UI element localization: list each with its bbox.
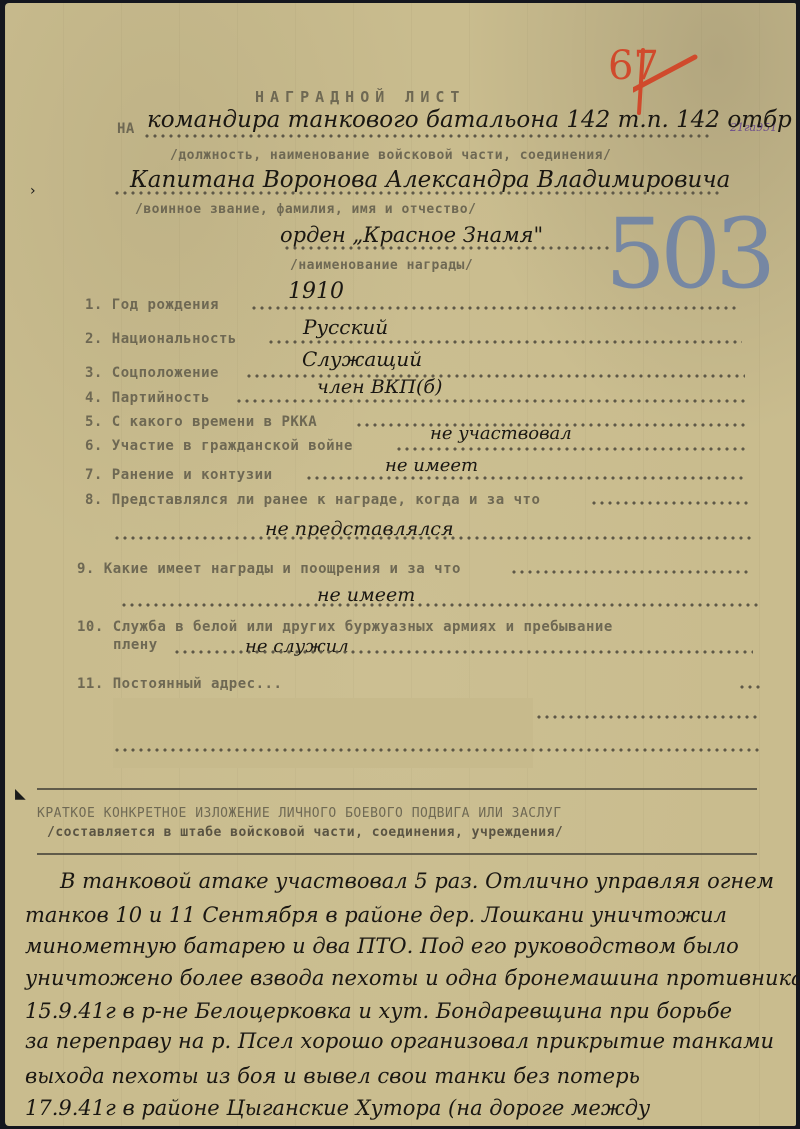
item-value: член ВКП(б) [317, 376, 442, 398]
narrative-line: 17.9.41г в районе Цыганские Хутора (на д… [25, 1096, 650, 1120]
narrative-line: танков 10 и 11 Сентября в районе дер. Ло… [25, 903, 727, 927]
award-sheet: 67 503 21га951 НАГРАДНОЙ ЛИСТ НА команди… [5, 3, 796, 1126]
item-label: Участие в гражданской войне [112, 438, 353, 454]
section-title: КРАТКОЕ КОНКРЕТНОЕ ИЗЛОЖЕНИЕ ЛИЧНОГО БОЕ… [37, 806, 562, 821]
narrative-line: выхода пехоты из боя и вывел свои танки … [25, 1064, 640, 1088]
rank-name-value: Капитана Воронова Александра Владимирови… [130, 167, 730, 193]
section-subtitle: /составляется в штабе войсковой части, с… [47, 825, 563, 840]
item-label: Ранение и контузии [112, 467, 273, 483]
narrative-line: 15.9.41г в р-не Белоцерковка и хут. Бонд… [25, 999, 732, 1023]
position-dotted-line [143, 134, 713, 138]
item-label: Партийность [112, 390, 210, 406]
blue-number-annotation: 503 [605, 198, 770, 310]
item-value: Служащий [302, 347, 422, 371]
narrative-line: за переправу на р. Псел хорошо организов… [25, 1029, 774, 1053]
position-value: командира танкового батальона 142 т.п. 1… [147, 107, 792, 133]
redacted-address [113, 698, 533, 768]
narrative-line: В танковой атаке участвовал 5 раз. Отлич… [60, 869, 774, 893]
item-label: Какие имеет награды и поощрения и за что [104, 561, 461, 577]
item-value: не участвовал [430, 423, 572, 444]
red-checkmark-icon [633, 45, 703, 115]
item-label: Представлялся ли ранее к награде, когда … [112, 492, 541, 508]
document-title: НАГРАДНОЙ ЛИСТ [255, 88, 465, 106]
item-label-continued: плену [113, 637, 158, 653]
item-value: Русский [303, 315, 388, 339]
item-label: Соцположение [112, 365, 219, 381]
award-label: /наименование награды/ [290, 258, 473, 273]
section-divider-bottom [37, 853, 757, 855]
rank-name-dotted-line [113, 191, 721, 195]
item-label: Служба в белой или других буржуазных арм… [113, 619, 613, 635]
award-dotted-line [283, 246, 613, 250]
item-value: не имеет [385, 455, 478, 476]
item-label: С какого времени в РККА [112, 414, 317, 430]
position-label: /должность, наименование войсковой части… [170, 148, 611, 163]
item-label: Год рождения [112, 297, 219, 313]
section-divider-top [37, 788, 757, 790]
award-value: орден „Красное Знамя" [280, 223, 543, 247]
narrative-line: минометную батарею и два ПТО. Под его ру… [25, 934, 739, 958]
punch-hole-mark: ◣ [15, 786, 26, 802]
item-label: Национальность [112, 331, 237, 347]
item-value: 1910 [288, 279, 344, 304]
punch-hole-mark: › [30, 183, 36, 199]
rank-name-label: /воинное звание, фамилия, имя и отчество… [135, 202, 476, 217]
narrative-line: уничтожено более взвода пехоты и одна бр… [25, 966, 800, 990]
item-label: Постоянный адрес... [113, 676, 283, 692]
on-prefix: НА [117, 121, 135, 137]
